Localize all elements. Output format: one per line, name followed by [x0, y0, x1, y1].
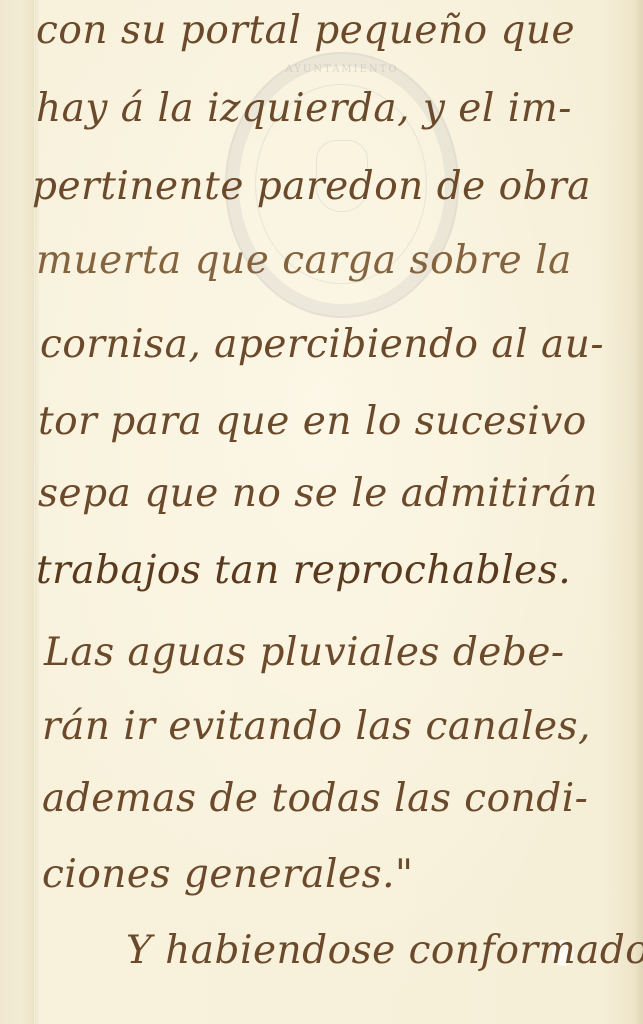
manuscript-line-3: pertinente paredon de obra: [32, 164, 591, 209]
manuscript-page: AYUNTAMIENTO con su portal pequeño que h…: [0, 0, 643, 1024]
manuscript-line-10: rán ir evitando las canales,: [42, 704, 591, 749]
manuscript-line-4: muerta que carga sobre la: [36, 238, 572, 283]
manuscript-line-5: cornisa, apercibiendo al au-: [40, 322, 604, 367]
manuscript-line-11: ademas de todas las condi-: [42, 776, 588, 821]
gutter-seam: [33, 0, 36, 1024]
manuscript-line-7: sepa que no se le admitirán: [38, 471, 598, 516]
manuscript-line-2: hay á la izquierda, y el im-: [36, 86, 572, 131]
page-right-edge: [635, 0, 643, 1024]
manuscript-line-8: trabajos tan reprochables.: [36, 548, 571, 593]
seal-legend: AYUNTAMIENTO: [227, 64, 457, 75]
manuscript-line-9: Las aguas pluviales debe-: [44, 630, 565, 675]
manuscript-line-6: tor para que en lo sucesivo: [38, 399, 587, 444]
manuscript-line-1: con su portal pequeño que: [36, 8, 575, 53]
manuscript-line-13: Y habiendose conformado: [126, 928, 643, 973]
manuscript-line-12: ciones generales.": [42, 852, 413, 897]
